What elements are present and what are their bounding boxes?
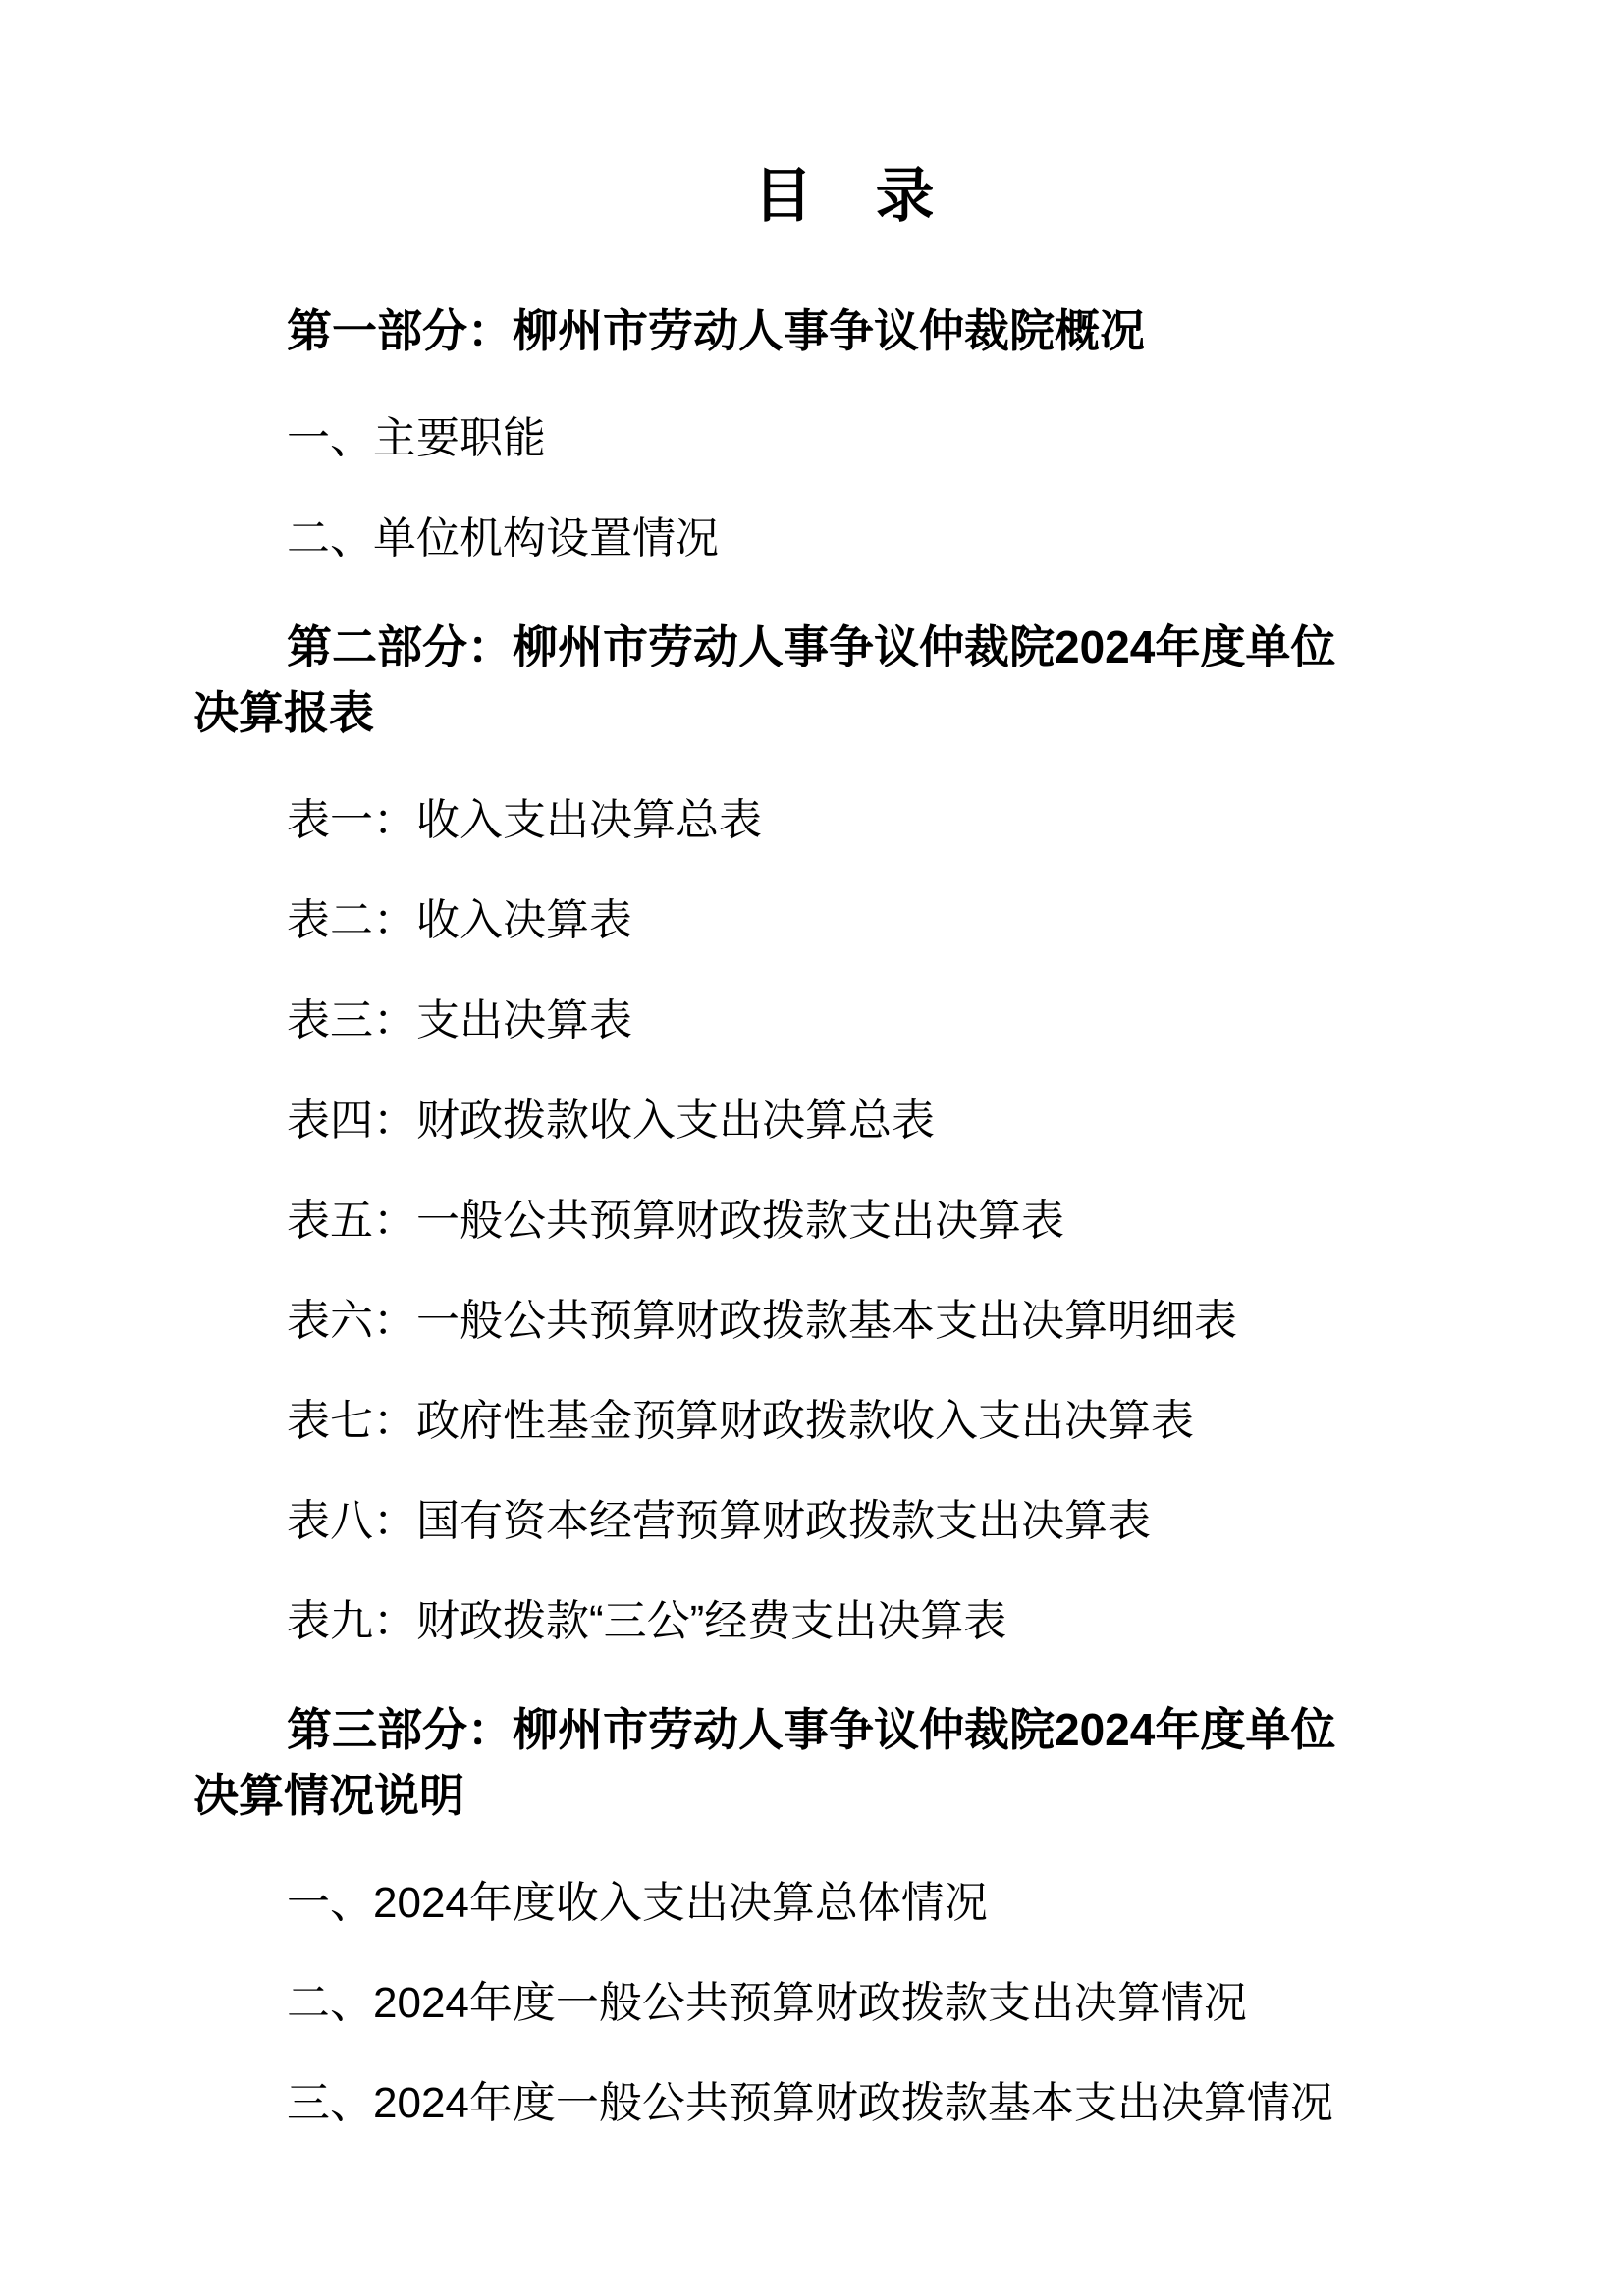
toc-item-table-6: 表六：一般公共预算财政拨款基本支出决算明细表 [193,1300,1496,1343]
page-title: 目 录 [193,167,1496,226]
toc-item-table-5: 表五：一般公共预算财政拨款支出决算表 [193,1200,1496,1243]
toc-heading-part-3-line-2: 决算情况说明 [193,1773,1496,1818]
toc-item-table-4: 表四：财政拨款收入支出决算总表 [193,1099,1496,1143]
toc-item-table-9: 表九：财政拨款“三公”经费支出决算表 [193,1600,1496,1643]
toc-item-table-7: 表七：政府性基金预算财政拨款收入支出决算表 [193,1400,1496,1443]
toc-item-table-3: 表三：支出决算表 [193,999,1496,1042]
toc-heading-part-1: 第一部分：柳州市劳动人事争议仲裁院概况 [193,308,1496,353]
toc-item-main-duties: 一、主要职能 [193,417,1496,460]
toc-heading-part-2-line-1: 第二部分：柳州市劳动人事争议仲裁院2024年度单位 [193,624,1496,669]
toc-item-note-1: 一、2024年度收入支出决算总体情况 [193,1882,1496,1925]
document-page: 目 录 第一部分：柳州市劳动人事争议仲裁院概况 一、主要职能 二、单位机构设置情… [0,0,1624,2296]
toc-item-table-8: 表八：国有资本经营预算财政拨款支出决算表 [193,1500,1496,1543]
toc-item-note-2: 二、2024年度一般公共预算财政拨款支出决算情况 [193,1982,1496,2025]
toc-item-note-3: 三、2024年度一般公共预算财政拨款基本支出决算情况 [193,2082,1496,2125]
toc-heading-part-2-line-2: 决算报表 [193,690,1496,735]
toc-item-table-2: 表二：收入决算表 [193,899,1496,942]
toc-item-table-1: 表一：收入支出决算总表 [193,799,1496,842]
toc-heading-part-3-line-1: 第三部分：柳州市劳动人事争议仲裁院2024年度单位 [193,1707,1496,1752]
toc-item-org-structure: 二、单位机构设置情况 [193,517,1496,561]
